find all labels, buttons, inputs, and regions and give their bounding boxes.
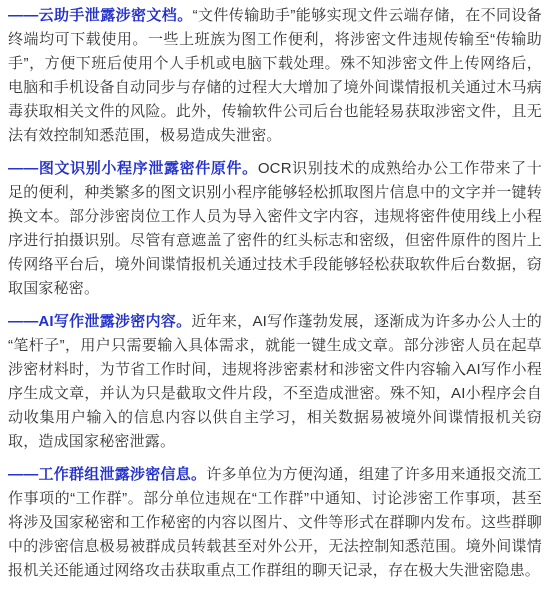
paragraph-body-cloud-assistant: “文件传输助手”能够实现文件云端存储，在不同设备终端均可下载使用。一些上班族为图… <box>8 7 542 144</box>
paragraph-heading-ai-writing: ——AI写作泄露涉密内容。 <box>8 313 191 330</box>
paragraph-body-ai-writing: 近年来，AI写作蓬勃发展，逐渐成为许多办公人士的“笔杆子”，用户只需要输入具体需… <box>8 313 542 450</box>
paragraph-body-ocr-miniprogram: OCR识别技术的成熟给办公工作带来了十足的便利，种类繁多的图文识别小程序能够轻松… <box>8 160 542 297</box>
paragraph-work-group-leak: ——工作群组泄露涉密信息。许多单位为方便沟通，组建了许多用来通报交流工作事项的“… <box>8 463 542 583</box>
paragraph-cloud-assistant-leak: ——云助手泄露涉密文档。“文件传输助手”能够实现文件云端存储，在不同设备终端均可… <box>8 4 542 148</box>
paragraph-ai-writing-leak: ——AI写作泄露涉密内容。近年来，AI写作蓬勃发展，逐渐成为许多办公人士的“笔杆… <box>8 310 542 454</box>
paragraph-heading-ocr-miniprogram: ——图文识别小程序泄露密件原件。 <box>8 160 258 177</box>
paragraph-ocr-miniprogram-leak: ——图文识别小程序泄露密件原件。OCR识别技术的成熟给办公工作带来了十足的便利，… <box>8 157 542 301</box>
paragraph-heading-cloud-assistant: ——云助手泄露涉密文档。 <box>8 7 193 24</box>
article-body: ——云助手泄露涉密文档。“文件传输助手”能够实现文件云端存储，在不同设备终端均可… <box>0 0 549 583</box>
paragraph-heading-work-group: ——工作群组泄露涉密信息。 <box>8 466 206 483</box>
document-page: ——云助手泄露涉密文档。“文件传输助手”能够实现文件云端存储，在不同设备终端均可… <box>0 0 549 590</box>
